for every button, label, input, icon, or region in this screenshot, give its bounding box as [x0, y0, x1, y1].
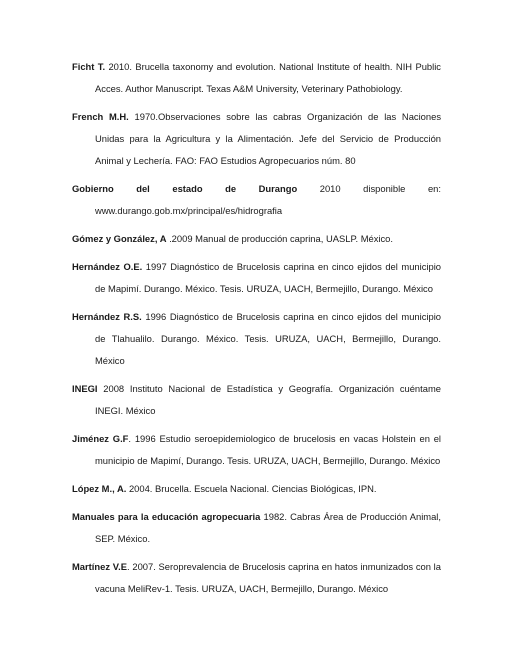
reference-author: Jiménez G.F: [72, 433, 128, 444]
reference-text: . 2007. Seroprevalencia de Brucelosis ca…: [95, 561, 441, 594]
reference-text: 1997 Diagnóstico de Brucelosis caprina e…: [95, 261, 441, 294]
reference-author: French M.H.: [72, 111, 129, 122]
reference-ficht: Ficht T. 2010. Brucella taxonomy and evo…: [72, 56, 441, 100]
reference-text: 1970.Observaciones sobre las cabras Orga…: [95, 111, 441, 166]
reference-author: Manuales para la educación agropecuaria: [72, 511, 260, 522]
reference-author: Hernández O.E.: [72, 261, 142, 272]
reference-gobierno-durango: Gobierno del estado de Durango 2010 disp…: [72, 178, 441, 222]
reference-text: 2008 Instituto Nacional de Estadística y…: [95, 383, 441, 416]
reference-author: Ficht T.: [72, 61, 105, 72]
reference-text: . 1996 Estudio seroepidemiologico de bru…: [95, 433, 441, 466]
reference-author: INEGI: [72, 383, 98, 394]
reference-text: 2010 disponible en:: [297, 183, 441, 194]
reference-jimenez: Jiménez G.F. 1996 Estudio seroepidemiolo…: [72, 428, 441, 472]
reference-lopez: López M., A. 2004. Brucella. Escuela Nac…: [72, 478, 441, 500]
reference-author: Hernández R.S.: [72, 311, 142, 322]
reference-author: López M., A.: [72, 483, 126, 494]
reference-hernandez-oe: Hernández O.E. 1997 Diagnóstico de Bruce…: [72, 256, 441, 300]
reference-text: 2010. Brucella taxonomy and evolution. N…: [95, 61, 441, 94]
reference-martinez: Martínez V.E. 2007. Seroprevalencia de B…: [72, 556, 441, 600]
reference-author: Martínez V.E: [72, 561, 127, 572]
reference-manuales: Manuales para la educación agropecuaria …: [72, 506, 441, 550]
reference-french: French M.H. 1970.Observaciones sobre las…: [72, 106, 441, 172]
reference-text: 1996 Diagnóstico de Brucelosis caprina e…: [95, 311, 441, 366]
reference-inegi: INEGI 2008 Instituto Nacional de Estadís…: [72, 378, 441, 422]
reference-hernandez-rs: Hernández R.S. 1996 Diagnóstico de Bruce…: [72, 306, 441, 372]
reference-url: www.durango.gob.mx/principal/es/hidrogra…: [95, 200, 441, 222]
reference-author: Gobierno del estado de Durango: [72, 183, 297, 194]
reference-gomez-gonzalez: Gómez y González, A .2009 Manual de prod…: [72, 228, 441, 250]
reference-text: .2009 Manual de producción caprina, UASL…: [166, 233, 393, 244]
reference-author: Gómez y González, A: [72, 233, 166, 244]
bibliography: Ficht T. 2010. Brucella taxonomy and evo…: [72, 56, 441, 606]
reference-text: 2004. Brucella. Escuela Nacional. Cienci…: [126, 483, 376, 494]
